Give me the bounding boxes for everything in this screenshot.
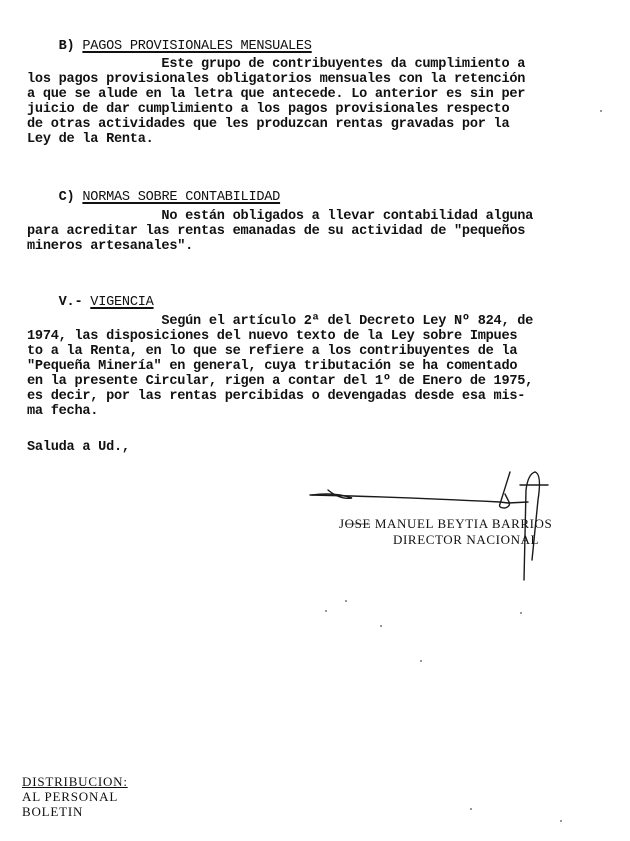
paragraph-line: Según el artículo 2ª del Decreto Ley Nº … — [27, 315, 533, 329]
closing-salutation: Saluda a Ud., — [27, 441, 130, 455]
section-v-label: V.- — [59, 295, 83, 310]
scan-speck — [380, 625, 382, 627]
paragraph-line: "Pequeña Minería" en general, cuya tribu… — [27, 360, 517, 374]
distribution-heading: DISTRIBUCION: — [22, 774, 128, 790]
paragraph-line: ma fecha. — [27, 405, 98, 419]
scan-speck — [600, 110, 602, 112]
paragraph-line: es decir, por las rentas percibidas o de… — [27, 390, 525, 404]
paragraph-line: para acreditar las rentas emanadas de su… — [27, 225, 525, 239]
paragraph-line: 1974, las disposiciones del nuevo texto … — [27, 330, 517, 344]
scan-speck — [325, 610, 327, 612]
section-c-label: C) — [59, 190, 75, 205]
section-c-title: NORMAS SOBRE CONTABILIDAD — [82, 190, 280, 205]
paragraph-line: No están obligados a llevar contabilidad… — [27, 210, 533, 224]
paragraph-line: to a la Renta, en lo que se refiere a lo… — [27, 345, 517, 359]
paragraph-line: Este grupo de contribuyentes da cumplimi… — [27, 58, 525, 72]
section-v-title: VIGENCIA — [90, 295, 153, 310]
scan-speck — [470, 808, 472, 810]
paragraph-line: Ley de la Renta. — [27, 133, 154, 147]
paragraph-line: juicio de dar cumplimiento a los pagos p… — [27, 103, 509, 117]
scan-speck — [420, 660, 422, 662]
signatory-position: DIRECTOR NACIONAL — [393, 533, 539, 547]
scan-speck — [520, 612, 522, 614]
paragraph-line: en la presente Circular, rigen a contar … — [27, 375, 533, 389]
paragraph-line: de otras actividades que les produzcan r… — [27, 118, 509, 132]
distribution-item: AL PERSONAL — [22, 789, 118, 805]
scan-speck — [345, 600, 347, 602]
paragraph-line: mineros artesanales". — [27, 240, 193, 254]
document-page: B) PAGOS PROVISIONALES MENSUALES Este gr… — [0, 0, 630, 841]
paragraph-line: los pagos provisionales obligatorios men… — [27, 73, 525, 87]
distribution-item: BOLETIN — [22, 804, 83, 820]
signatory-name: JOSE MANUEL BEYTIA BARRIOS — [339, 517, 552, 531]
paragraph-line: a que se alude en la letra que antecede.… — [27, 88, 525, 102]
scan-speck — [560, 820, 562, 822]
section-b-label: B) — [59, 39, 75, 54]
section-b-title: PAGOS PROVISIONALES MENSUALES — [82, 39, 311, 54]
